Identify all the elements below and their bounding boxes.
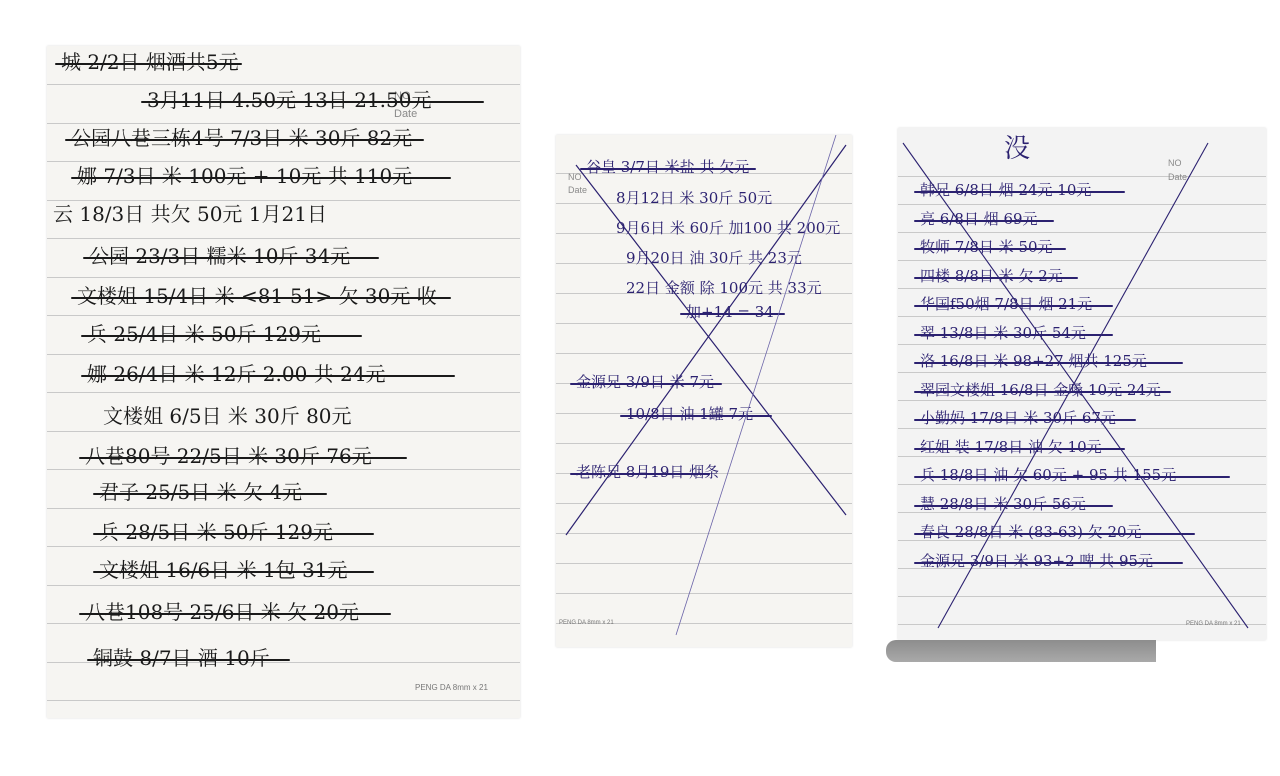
strikethrough-line (83, 257, 379, 259)
ruled-line (556, 503, 852, 504)
strikethrough-line (81, 375, 455, 377)
ruled-line (898, 344, 1266, 345)
ledger-entry: 3月11日 4.50元 13日 21.50元 (147, 90, 431, 110)
ledger-entry: 娜 26/4日 米 12斤 2.00 共 24元 (87, 364, 386, 384)
ledger-entry: 9月6日 米 60斤 加100 共 200元 (616, 221, 840, 236)
ruled-line (47, 508, 520, 509)
ledger-entry: 八巷80号 22/5日 米 30斤 76元 (85, 446, 372, 466)
strikethrough-line (620, 415, 772, 417)
strikethrough-line (87, 659, 290, 661)
ruled-line (47, 200, 520, 201)
ruled-line (898, 372, 1266, 373)
ruled-line (898, 484, 1266, 485)
printed-date-label: Date (1168, 172, 1187, 182)
ruled-line (47, 585, 520, 586)
strikethrough-line (914, 391, 1171, 393)
page-header-note: 没 (1004, 136, 1030, 162)
ruled-line (898, 204, 1266, 205)
ruled-line (47, 238, 520, 239)
ledger-entry: 兵 25/4日 米 50斤 129元 (87, 324, 321, 344)
strikethrough-line (65, 139, 424, 141)
strikethrough-line (79, 613, 391, 615)
strikethrough-line (914, 362, 1183, 364)
strikethrough-line (580, 168, 756, 170)
page-shadow (886, 640, 1156, 662)
strikethrough-line (93, 493, 327, 495)
ruled-line (556, 353, 852, 354)
ledger-entry: 9月20日 油 30斤 共 23元 (626, 251, 802, 266)
ledger-entry: 公园 23/3日 糯米 10斤 34元 (89, 246, 350, 266)
ruled-line (898, 596, 1266, 597)
strikethrough-line (914, 505, 1113, 507)
ruled-line (47, 700, 520, 701)
ruled-line (556, 593, 852, 594)
ruled-line (47, 431, 520, 432)
strikethrough-line (141, 101, 484, 103)
strikethrough-line (914, 562, 1183, 564)
ruled-line (556, 323, 852, 324)
ledger-entry: 君子 25/5日 米 欠 4元 (99, 482, 302, 502)
ledger-entry: 城 2/2日 烟酒共5元 (61, 52, 239, 72)
strikethrough-line (570, 473, 710, 475)
ledger-entry: 文楼姐 6/5日 米 30斤 80元 (103, 406, 352, 426)
notebook-page-right: 没 NO Date PENG DA 8mm x 21 韩兄 6/8日 烟 24元… (898, 128, 1266, 640)
ledger-entry: 22日 金额 除 100元 共 33元 (626, 281, 822, 296)
notebook-page-middle: NO Date PENG DA 8mm x 21 谷皇 3/7日 米盐 共 欠元… (556, 135, 852, 647)
printed-date-label: Date (568, 185, 587, 195)
ruled-line (556, 443, 852, 444)
ruled-line (898, 400, 1266, 401)
strikethrough-line (914, 305, 1113, 307)
ruled-line (47, 84, 520, 85)
strikethrough-line (914, 220, 1054, 222)
brand-label: PENG DA 8mm x 21 (1186, 621, 1241, 627)
notebook-page-left: NO Date PENG DA 8mm x 21 城 2/2日 烟酒共5元3月1… (47, 46, 520, 718)
cross-out-mark (556, 135, 852, 647)
ledger-entry: 公园八巷三栋4号 7/3日 米 30斤 82元 (71, 128, 412, 148)
ledger-entry: 铜鼓 8/7日 酒 10斤 (93, 648, 270, 668)
ruled-line (47, 469, 520, 470)
strikethrough-line (914, 448, 1125, 450)
brand-label: PENG DA 8mm x 21 (559, 620, 614, 626)
ruled-line (898, 176, 1266, 177)
strikethrough-line (914, 334, 1113, 336)
strikethrough-line (93, 571, 374, 573)
ledger-entry: 八巷108号 25/6日 米 欠 20元 (85, 602, 359, 622)
strikethrough-line (79, 457, 407, 459)
ledger-entry: 文楼姐 15/4日 米 <81-51> 欠 30元 收 (77, 286, 437, 306)
ruled-line (556, 563, 852, 564)
strikethrough-line (570, 383, 722, 385)
strikethrough-line (914, 533, 1195, 535)
ledger-entry: 兵 28/5日 米 50斤 129元 (99, 522, 333, 542)
printed-no-label: NO (1168, 158, 1182, 168)
strikethrough-line (81, 335, 362, 337)
ruled-line (898, 260, 1266, 261)
ruled-line (47, 123, 520, 124)
ruled-line (47, 546, 520, 547)
printed-no-label: NO (568, 172, 582, 182)
brand-label: PENG DA 8mm x 21 (415, 683, 488, 692)
ruled-line (898, 232, 1266, 233)
ruled-line (47, 277, 520, 278)
ruled-line (47, 354, 520, 355)
strikethrough-line (914, 419, 1136, 421)
strikethrough-line (914, 277, 1078, 279)
ruled-line (47, 392, 520, 393)
ruled-line (898, 288, 1266, 289)
ruled-line (47, 161, 520, 162)
strikethrough-line (914, 191, 1125, 193)
ruled-line (47, 315, 520, 316)
strikethrough-line (914, 476, 1230, 478)
strikethrough-line (71, 177, 451, 179)
ruled-line (898, 428, 1266, 429)
ledger-entry: 娜 7/3日 米 100元 + 10元 共 110元 (77, 166, 412, 186)
ledger-entry: 8月12日 米 30斤 50元 (616, 191, 772, 206)
strikethrough-line (55, 63, 242, 65)
ruled-line (898, 316, 1266, 317)
ledger-entry: 文楼姐 16/6日 米 1包 31元 (99, 560, 348, 580)
ledger-entry: 云 18/3日 共欠 50元 1月21日 (53, 204, 327, 224)
ruled-line (556, 533, 852, 534)
ruled-line (898, 456, 1266, 457)
strikethrough-line (914, 248, 1066, 250)
strikethrough-line (93, 533, 374, 535)
strikethrough-line (71, 297, 451, 299)
strikethrough-line (680, 313, 785, 315)
